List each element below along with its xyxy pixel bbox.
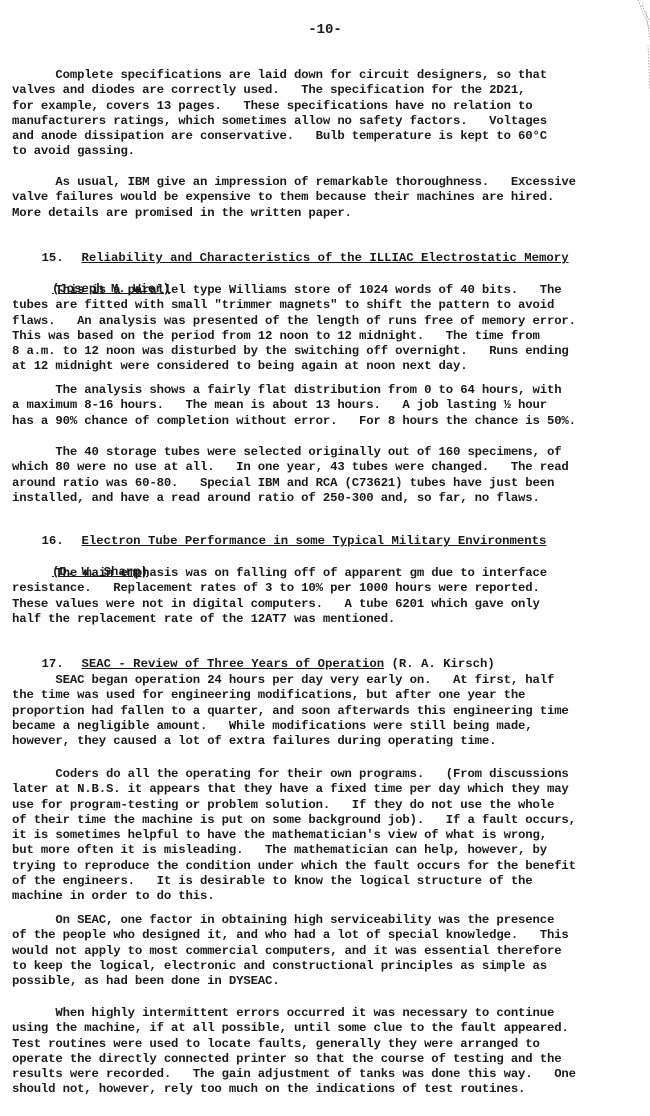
text-line: SEAC began operation 24 hours per day ve… <box>12 673 612 688</box>
text-line: of the engineers. It is desirable to kno… <box>12 874 612 889</box>
paragraph-analysis: The analysis shows a fairly flat distrib… <box>12 383 612 429</box>
text-line: at 12 midnight were considered to being … <box>12 359 612 374</box>
text-line: tubes are fitted with small "trimmer mag… <box>12 298 612 313</box>
text-line: and anode dissipation are conservative. … <box>12 129 612 144</box>
section-number: 16. <box>42 534 82 549</box>
text-line: later at N.B.S. it appears that they hav… <box>12 782 612 797</box>
paragraph-serviceability: On SEAC, one factor in obtaining high se… <box>12 913 612 989</box>
text-line: using the machine, if at all possible, u… <box>12 1021 612 1036</box>
paragraph-tube-performance: The main emphasis was on falling off of … <box>12 566 612 627</box>
paragraph-seac-operation: SEAC began operation 24 hours per day ve… <box>12 673 612 749</box>
section-title: SEAC - Review of Three Years of Operatio… <box>82 657 385 671</box>
text-line: Test routines were used to locate faults… <box>12 1037 612 1052</box>
section-title: Reliability and Characteristics of the I… <box>82 251 569 265</box>
paragraph-coders: Coders do all the operating for their ow… <box>12 767 612 905</box>
text-line: the time was used for engineering modifi… <box>12 688 612 703</box>
text-line: to keep the logical, electronic and cons… <box>12 959 612 974</box>
text-line: would not apply to most commercial compu… <box>12 944 612 959</box>
text-line: which 80 were no use at all. In one year… <box>12 460 612 475</box>
text-line: operate the directly connected printer s… <box>12 1052 612 1067</box>
text-line: for example, covers 13 pages. These spec… <box>12 99 612 114</box>
text-line: should not, however, rely too much on th… <box>12 1082 612 1097</box>
text-line: Coders do all the operating for their ow… <box>12 767 612 782</box>
paragraph-intermittent-errors: When highly intermittent errors occurred… <box>12 1006 612 1098</box>
text-line: however, they caused a lot of extra fail… <box>12 734 612 749</box>
section-title: Electron Tube Performance in some Typica… <box>82 534 547 548</box>
text-line: possible, as had been done in DYSEAC. <box>12 974 612 989</box>
text-line: The analysis shows a fairly flat distrib… <box>12 383 612 398</box>
text-line: On SEAC, one factor in obtaining high se… <box>12 913 612 928</box>
text-line: it is sometimes helpful to have the math… <box>12 828 612 843</box>
section-author: (R. A. Kirsch) <box>391 657 494 671</box>
paragraph-ibm: As usual, IBM give an impression of rema… <box>12 175 612 221</box>
text-line: When highly intermittent errors occurred… <box>12 1006 612 1021</box>
paragraph-specifications: Complete specifications are laid down fo… <box>12 68 612 160</box>
text-line: around ratio was 60-80. Special IBM and … <box>12 476 612 491</box>
text-line: resistance. Replacement rates of 3 to 10… <box>12 581 612 596</box>
text-line: 8 a.m. to 12 noon was disturbed by the s… <box>12 344 612 359</box>
text-line: has a 90% chance of completion without e… <box>12 414 612 429</box>
text-line: As usual, IBM give an impression of rema… <box>12 175 612 190</box>
section-number: 15. <box>42 251 82 266</box>
text-line: use for program-testing or problem solut… <box>12 798 612 813</box>
text-line: machine in order to do this. <box>12 889 612 904</box>
text-line: valve failures would be expensive to the… <box>12 190 612 205</box>
text-line: proportion had fallen to a quarter, and … <box>12 704 612 719</box>
text-line: trying to reproduce the condition under … <box>12 859 612 874</box>
text-line: of the people who designed it, and who h… <box>12 928 612 943</box>
text-line: This is a parallel type Williams store o… <box>12 283 612 298</box>
text-line: Complete specifications are laid down fo… <box>12 68 612 83</box>
text-line: This was based on the period from 12 noo… <box>12 329 612 344</box>
text-line: to avoid gassing. <box>12 144 612 159</box>
text-line: More details are promised in the written… <box>12 206 612 221</box>
text-line: a maximum 8-16 hours. The mean is about … <box>12 398 612 413</box>
text-line: results were recorded. The gain adjustme… <box>12 1067 612 1082</box>
page-number: -10- <box>0 22 650 38</box>
text-line: The 40 storage tubes were selected origi… <box>12 445 612 460</box>
text-line: The main emphasis was on falling off of … <box>12 566 612 581</box>
text-line: valves and diodes are correctly used. Th… <box>12 83 612 98</box>
text-line: of their time the machine is put on some… <box>12 813 612 828</box>
text-line: but more often it is misleading. The mat… <box>12 843 612 858</box>
section-number: 17. <box>42 657 82 672</box>
document-page: -10- Complete specifications are laid do… <box>0 0 650 1116</box>
paragraph-storage-tubes: The 40 storage tubes were selected origi… <box>12 445 612 506</box>
paragraph-williams-store: This is a parallel type Williams store o… <box>12 283 612 375</box>
text-line: manufacturers ratings, which sometimes a… <box>12 114 612 129</box>
text-line: flaws. An analysis was presented of the … <box>12 314 612 329</box>
text-line: became a negligible amount. While modifi… <box>12 719 612 734</box>
text-line: installed, and have a read around ratio … <box>12 491 612 506</box>
text-line: These values were not in digital compute… <box>12 597 612 612</box>
text-line: half the replacement rate of the 12AT7 w… <box>12 612 612 627</box>
